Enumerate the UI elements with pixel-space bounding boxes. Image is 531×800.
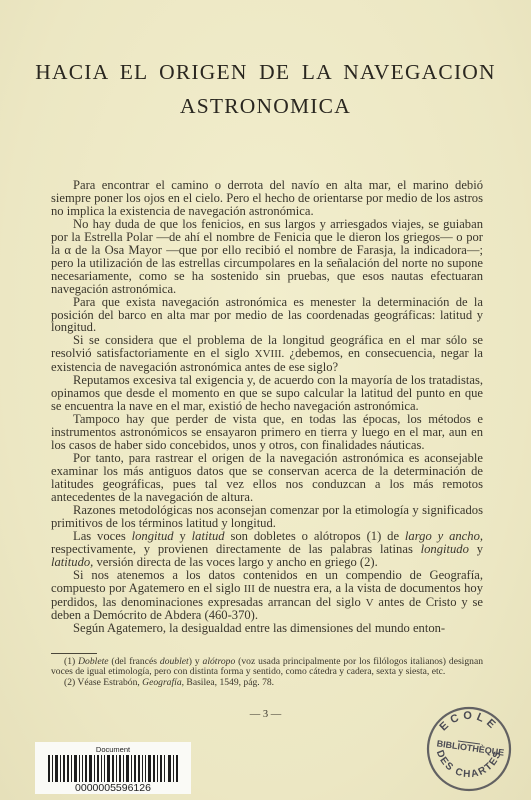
paragraph: Para que exista navegación astronómica e… bbox=[51, 296, 483, 335]
library-stamp-icon: ECOLE BIBLIOTHÈQUE DES CHARTES bbox=[424, 704, 514, 794]
page-title: HACIA EL ORIGEN DE LA NAVEGACION ASTRONO… bbox=[0, 55, 531, 123]
title-line-1: HACIA EL ORIGEN DE LA NAVEGACION bbox=[0, 55, 531, 89]
title-line-2: ASTRONOMICA bbox=[0, 89, 531, 123]
paragraph: Por tanto, para rastrear el origen de la… bbox=[51, 452, 483, 504]
paragraph: Si nos atenemos a los datos contenidos e… bbox=[51, 569, 483, 623]
paragraph: No hay duda de que los fenicios, en sus … bbox=[51, 218, 483, 296]
paragraph: Tampoco hay que perder de vista que, en … bbox=[51, 413, 483, 452]
paragraph: Para encontrar el camino o derrota del n… bbox=[51, 179, 483, 218]
paragraph: Si se considera que el problema de la lo… bbox=[51, 334, 483, 374]
footnote-1: (1) Doblete (del francés doublet) y alót… bbox=[51, 657, 483, 678]
footnote-divider bbox=[51, 653, 97, 654]
scanned-page: HACIA EL ORIGEN DE LA NAVEGACION ASTRONO… bbox=[0, 0, 531, 800]
body-text: Para encontrar el camino o derrota del n… bbox=[51, 179, 483, 635]
svg-text:DES CHARTES: DES CHARTES bbox=[434, 749, 504, 780]
paragraph: Las voces longitud y latitud son doblete… bbox=[51, 530, 483, 569]
paragraph: Según Agatemero, la desigualdad entre la… bbox=[51, 622, 483, 635]
barcode-number: 0000005596126 bbox=[35, 782, 191, 794]
paragraph: Razones metodológicas nos aconsejan come… bbox=[51, 504, 483, 530]
barcode-label: Document 0000005596126 bbox=[35, 742, 191, 794]
barcode-icon bbox=[48, 755, 178, 782]
footnotes: (1) Doblete (del francés doublet) y alót… bbox=[51, 657, 483, 688]
paragraph: Reputamos excesiva tal exigencia y, de a… bbox=[51, 374, 483, 413]
footnote-2: (2) Véase Estrabón, Geografía, Basilea, … bbox=[51, 678, 483, 688]
barcode-title: Document bbox=[35, 745, 191, 754]
century-numeral: XVIII. bbox=[255, 348, 285, 360]
